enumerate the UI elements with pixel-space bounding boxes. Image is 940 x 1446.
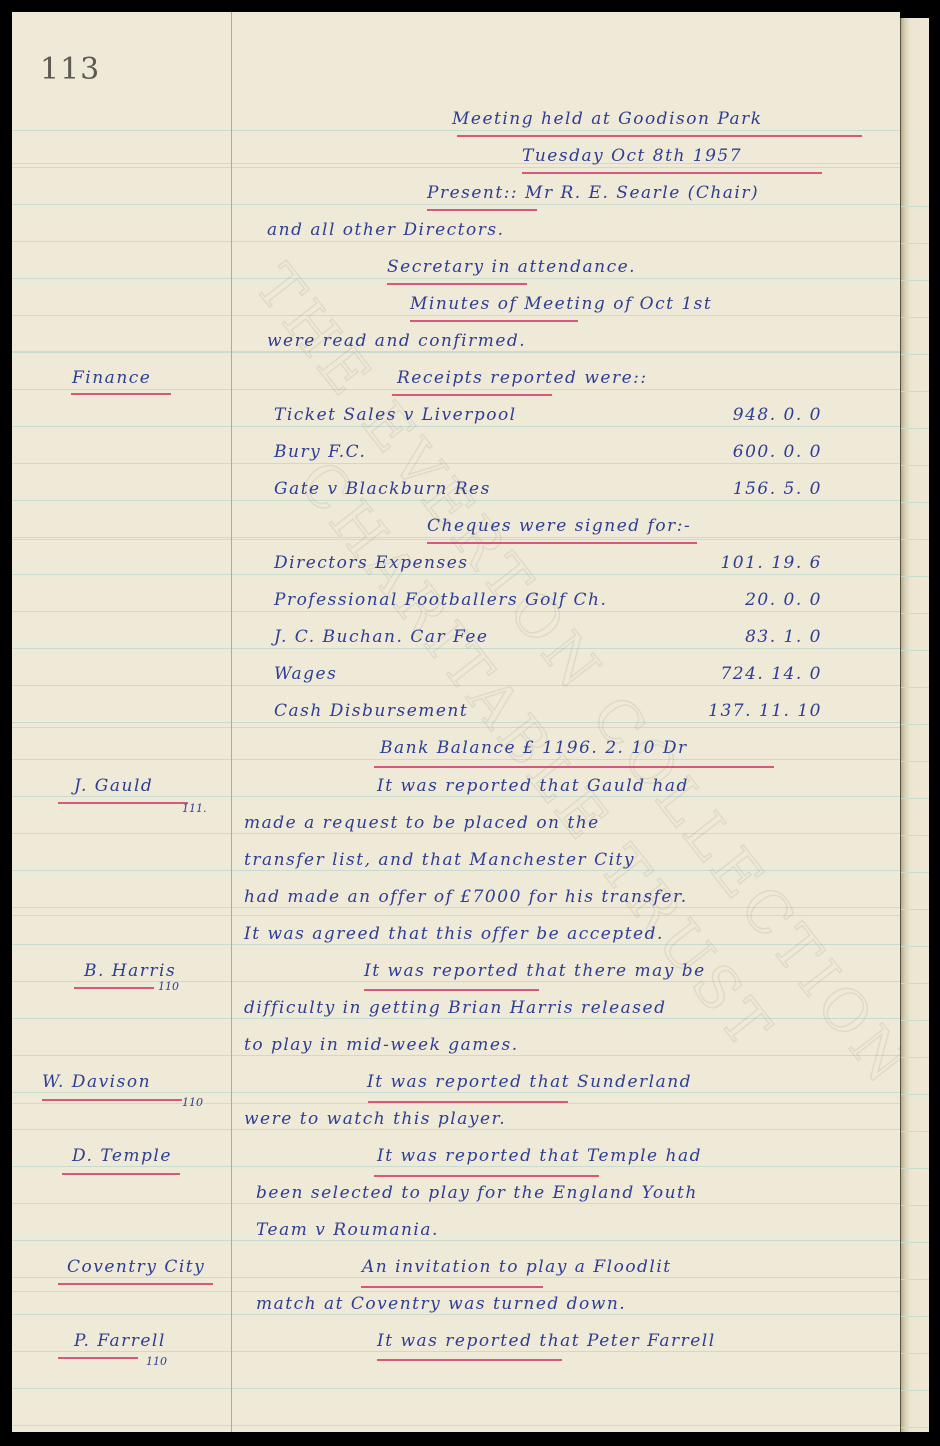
- folio-ref: 110: [182, 1096, 203, 1109]
- cheque-item: Wages: [274, 664, 337, 684]
- secretary-line: Secretary in attendance.: [387, 257, 636, 277]
- underline: [457, 135, 862, 137]
- minute-line: An invitation to play a Floodlit: [362, 1257, 672, 1277]
- cheque-amount: 137. 11. 10: [702, 701, 822, 721]
- minute-line: transfer list, and that Manchester City: [244, 850, 635, 870]
- underline: [368, 1101, 568, 1103]
- receipt-item: Bury F.C.: [274, 442, 366, 462]
- underline: [427, 209, 537, 211]
- folio-ref: 110: [158, 980, 179, 993]
- minute-line: It was agreed that this offer be accepte…: [244, 924, 664, 944]
- minute-line: match at Coventry was turned down.: [256, 1294, 626, 1314]
- underline: [74, 987, 154, 989]
- cheque-item: Cash Disbursement: [274, 701, 468, 721]
- minute-line: It was reported that Sunderland: [367, 1072, 692, 1092]
- margin-label-gauld: J. Gauld: [74, 776, 153, 796]
- minute-line: made a request to be placed on the: [244, 813, 600, 833]
- present-continued: and all other Directors.: [267, 220, 505, 240]
- margin-label-finance: Finance: [72, 368, 151, 388]
- folio-ref: 110: [146, 1355, 167, 1368]
- minute-line: It was reported that Gauld had: [377, 776, 689, 796]
- minute-line: It was reported that there may be: [364, 961, 706, 981]
- cheque-item: J. C. Buchan. Car Fee: [274, 627, 488, 647]
- minute-line: were to watch this player.: [244, 1109, 506, 1129]
- meeting-date: Tuesday Oct 8th 1957: [522, 146, 742, 166]
- bank-balance: Bank Balance £ 1196. 2. 10 Dr: [380, 738, 688, 758]
- underline: [427, 542, 697, 544]
- page-number: 113: [40, 52, 100, 87]
- underline: [522, 172, 822, 174]
- underline: [71, 393, 171, 395]
- margin-label-coventry: Coventry City: [67, 1257, 205, 1277]
- spine-ruled-lines: [901, 170, 929, 1432]
- underline: [374, 1175, 599, 1177]
- receipt-item: Gate v Blackburn Res: [274, 479, 491, 499]
- receipts-heading: Receipts reported were::: [397, 368, 648, 388]
- minutes-line: Minutes of Meeting of Oct 1st: [410, 294, 712, 314]
- cheque-item: Professional Footballers Golf Ch.: [274, 590, 607, 610]
- cheque-amount: 724. 14. 0: [702, 664, 822, 684]
- margin-label-farrell: P. Farrell: [74, 1331, 166, 1351]
- minutes-continued: were read and confirmed.: [267, 331, 526, 351]
- folio-ref: 111.: [182, 802, 207, 815]
- receipt-amount: 156. 5. 0: [702, 479, 822, 499]
- minute-line: been selected to play for the England Yo…: [256, 1183, 698, 1203]
- minute-line: It was reported that Peter Farrell: [377, 1331, 716, 1351]
- underline: [42, 1099, 182, 1101]
- meeting-title: Meeting held at Goodison Park: [452, 109, 763, 129]
- underline: [387, 283, 527, 285]
- minute-line: difficulty in getting Brian Harris relea…: [244, 998, 666, 1018]
- minute-line: to play in mid-week games.: [244, 1035, 519, 1055]
- underline: [361, 1286, 543, 1288]
- minute-line: It was reported that Temple had: [377, 1146, 702, 1166]
- underline: [58, 1357, 138, 1359]
- underline: [62, 1173, 180, 1175]
- underline: [392, 394, 552, 396]
- cheque-amount: 83. 1. 0: [702, 627, 822, 647]
- underline: [410, 320, 578, 322]
- underline: [377, 1359, 562, 1361]
- margin-label-harris: B. Harris: [84, 961, 176, 981]
- minute-line: Team v Roumania.: [256, 1220, 439, 1240]
- margin-label-temple: D. Temple: [72, 1146, 172, 1166]
- minute-line: had made an offer of £7000 for his trans…: [244, 887, 688, 907]
- margin-rule: [231, 12, 232, 1432]
- underline: [58, 802, 188, 804]
- receipt-item: Ticket Sales v Liverpool: [274, 405, 517, 425]
- cheque-amount: 20. 0. 0: [702, 590, 822, 610]
- cheques-heading: Cheques were signed for:-: [427, 516, 691, 536]
- ledger-page: THE EVERTON COLLECTION CHARITABLE TRUST …: [12, 12, 900, 1432]
- receipt-amount: 948. 0. 0: [702, 405, 822, 425]
- cheque-item: Directors Expenses: [274, 553, 469, 573]
- receipt-amount: 600. 0. 0: [702, 442, 822, 462]
- present-line: Present:: Mr R. E. Searle (Chair): [427, 183, 759, 203]
- underline: [364, 989, 539, 991]
- cheque-amount: 101. 19. 6: [702, 553, 822, 573]
- underline: [374, 766, 774, 768]
- book-spine: [900, 18, 929, 1432]
- underline: [58, 1283, 213, 1285]
- margin-label-davison: W. Davison: [42, 1072, 151, 1092]
